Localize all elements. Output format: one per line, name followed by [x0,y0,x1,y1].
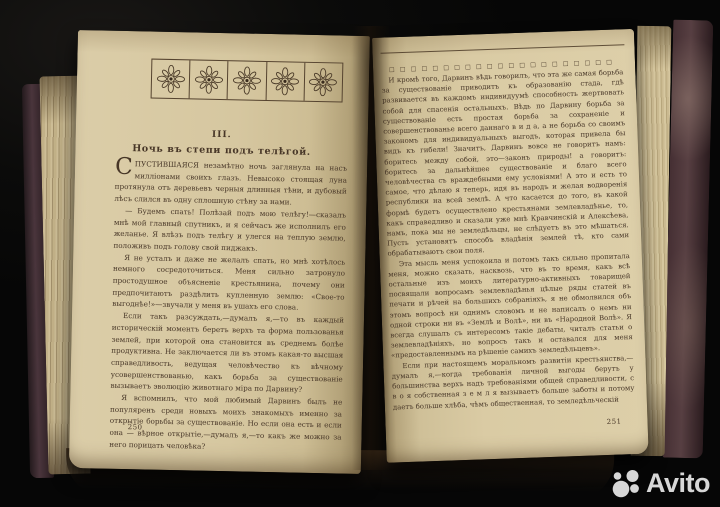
paragraph: Эта мысль меня успокоила и потомъ такъ с… [388,251,633,361]
rosette-flower-icon [194,65,223,94]
paragraph: Если такъ разсуждать,—думалъ я,—то въ ка… [110,310,344,397]
rosette-cell [152,60,191,99]
avito-wordmark: Avito [646,468,710,499]
page-number-right: 251 [607,418,622,427]
paragraph: СПУСТИВШАЯСЯ незамѣтно ночь заглянула на… [114,158,347,210]
left-page: III. Ночь въ степи подъ телѣгой. СПУСТИВ… [69,30,370,474]
rosette-cell [266,62,305,101]
chapter-number: III. [76,127,368,143]
paragraph: И кромѣ того, Дарвинъ вѣдь говорилъ, что… [381,67,629,259]
rosette-flower-icon [233,66,262,95]
rosette-cell [190,60,229,99]
avito-watermark: Avito [612,468,710,499]
paragraph: Я вспомнилъ, что мой любимый Дарвинъ был… [109,392,342,455]
paragraph-text: ПУСТИВШАЯСЯ незамѣтно ночь заглянула на … [114,159,347,206]
book-photo: III. Ночь въ степи подъ телѣгой. СПУСТИВ… [0,0,720,507]
rosette-flower-icon [156,65,185,94]
left-page-text: СПУСТИВШАЯСЯ незамѣтно ночь заглянула на… [109,158,347,455]
right-page: □□□□□□□□□□□□□□□□□□□□□ И кромѣ того, Дарв… [372,29,649,463]
rosette-cell [228,61,267,100]
paragraph: Если при настоящемъ моральномъ развитіи … [391,353,635,412]
page-number-left: 250 [128,423,143,431]
paragraph: Я не усталъ и даже не желалъ спать, но м… [112,251,345,314]
rosette-cell [304,63,342,102]
rosette-flower-icon [309,68,338,97]
floral-ornament-band [151,59,344,103]
drop-cap: С [115,158,135,177]
rosette-flower-icon [271,67,300,96]
avito-logo-icon [612,469,642,499]
paragraph: — Будемъ спать! Полѣзай подъ мою телѣгу!… [113,205,346,257]
right-page-text: И кромѣ того, Дарвинъ вѣдь говорилъ, что… [381,67,635,412]
